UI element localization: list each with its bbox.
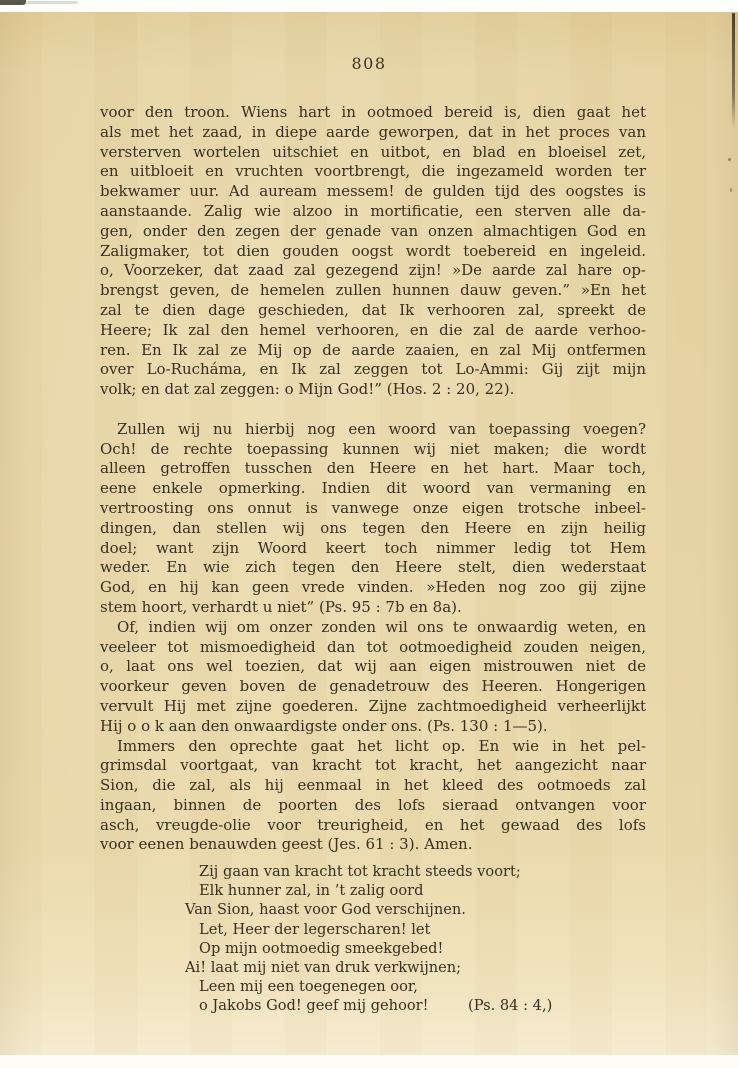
- text-line: veeleer tot mismoedigheid dan tot ootmoe…: [100, 638, 646, 658]
- text-line: vertroosting ons onnut is vanwege onze e…: [100, 499, 646, 519]
- text-line: ingaan, binnen de poorten des lofs siera…: [100, 796, 646, 816]
- text-line: Zaligmaker, tot dien gouden oogst wordt …: [100, 242, 646, 262]
- text-line: over Lo-Rucháma, en Ik zal zeggen tot Lo…: [100, 360, 646, 380]
- text-line: Immers den oprechte gaat het licht op. E…: [100, 737, 646, 757]
- poem-line: Op mijn ootmoedig smeekgebed!: [100, 939, 646, 958]
- body-paragraph: Of, indien wij om onzer zonden wil ons t…: [100, 618, 646, 737]
- text-line: aanstaande. Zalig wie alzoo in mortifica…: [100, 202, 646, 222]
- text-line: o, laat ons wel toezien, dat wij aan eig…: [100, 657, 646, 677]
- text-line: Zullen wij nu hierbij nog een woord van …: [100, 420, 646, 440]
- poem-line: Van Sion, haast voor God verschijnen.: [100, 900, 646, 919]
- text-line: Of, indien wij om onzer zonden wil ons t…: [100, 618, 646, 638]
- text-line: stem hoort, verhardt u niet” (Ps. 95 : 7…: [100, 598, 646, 618]
- text-line: volk; en dat zal zeggen: o Mijn God!” (H…: [100, 380, 646, 400]
- poem-line-text: Zij gaan van kracht tot kracht steeds vo…: [199, 863, 521, 880]
- psalm-reference: (Ps. 84 : 4,): [468, 996, 552, 1015]
- poem-line-text: o Jakobs God! geef mij gehoor!: [199, 997, 428, 1014]
- text-line: Hij o o k aan den onwaardigste onder ons…: [100, 717, 646, 737]
- text-line: doel; want zijn Woord keert toch nimmer …: [100, 539, 646, 559]
- text-line: Heere; Ik zal den hemel verhooren, en di…: [100, 321, 646, 341]
- text-line: Sion, die zal, als hij eenmaal in het kl…: [100, 776, 646, 796]
- scan-artifact-smudge: [26, 1, 78, 4]
- poem-block: Zij gaan van kracht tot kracht steeds vo…: [100, 862, 646, 1016]
- text-line: vervult Hij met zijne goederen. Zijne za…: [100, 697, 646, 717]
- poem-line: Leen mij een toegenegen oor,: [100, 977, 646, 996]
- body-paragraph: voor den troon. Wiens hart in ootmoed be…: [100, 103, 646, 400]
- text-line: weder. En wie zich tegen den Heere stelt…: [100, 558, 646, 578]
- page-number: 808: [0, 54, 738, 73]
- text-line: als met het zaad, in diepe aarde geworpe…: [100, 123, 646, 143]
- text-line: eene enkele opmerking. Indien dit woord …: [100, 479, 646, 499]
- text-line: grimsdal voortgaat, van kracht tot krach…: [100, 756, 646, 776]
- body-text: voor den troon. Wiens hart in ootmoed be…: [100, 103, 646, 855]
- poem-line-text: Let, Heer der legerscharen! let: [199, 921, 430, 938]
- body-paragraph: Zullen wij nu hierbij nog een woord van …: [100, 420, 646, 618]
- text-line: voorkeur geven boven de genadetrouw des …: [100, 677, 646, 697]
- text-line: voor den troon. Wiens hart in ootmoed be…: [100, 103, 646, 123]
- text-line: Och! de rechte toepassing kunnen wij nie…: [100, 440, 646, 460]
- scan-margin-bottom: [0, 1055, 738, 1068]
- scan-speck: [728, 158, 731, 161]
- poem-line-text: Elk hunner zal, in ’t zalig oord: [199, 882, 423, 899]
- text-line: en uitbloeit en vruchten voortbrengt, di…: [100, 162, 646, 182]
- text-line: ren. En Ik zal ze Mij op de aarde zaaien…: [100, 341, 646, 361]
- poem-line-text: Leen mij een toegenegen oor,: [199, 978, 418, 995]
- text-line: dingen, dan stellen wij ons tegen den He…: [100, 519, 646, 539]
- text-line: God, en hij kan geen vrede vinden. »Hede…: [100, 578, 646, 598]
- body-paragraph: Immers den oprechte gaat het licht op. E…: [100, 737, 646, 856]
- text-line: brengst geven, de hemelen zullen hunnen …: [100, 281, 646, 301]
- poem-line-text: Van Sion, haast voor God verschijnen.: [185, 901, 466, 918]
- text-line: zal te dien dage geschieden, dat Ik verh…: [100, 301, 646, 321]
- poem-line-text: Ai! laat mij niet van druk verkwijnen;: [185, 959, 461, 976]
- book-page-scan: 808 voor den troon. Wiens hart in ootmoe…: [0, 0, 738, 1068]
- scan-speck: [730, 188, 732, 192]
- poem-line: o Jakobs God! geef mij gehoor!(Ps. 84 : …: [100, 996, 646, 1015]
- poem-line: Let, Heer der legerscharen! let: [100, 920, 646, 939]
- poem-line: Ai! laat mij niet van druk verkwijnen;: [100, 958, 646, 977]
- poem-line-text: Op mijn ootmoedig smeekgebed!: [199, 940, 443, 957]
- text-line: gen, onder den zegen der genade van onze…: [100, 222, 646, 242]
- text-line: alleen getroffen tusschen den Heere en h…: [100, 459, 646, 479]
- scan-margin-top: [0, 0, 738, 12]
- poem-line: Elk hunner zal, in ’t zalig oord: [100, 881, 646, 900]
- poem-line: Zij gaan van kracht tot kracht steeds vo…: [100, 862, 646, 881]
- text-line: asch, vreugde-olie voor treurigheid, en …: [100, 816, 646, 836]
- text-line: bekwamer uur. Ad auream messem! de gulde…: [100, 182, 646, 202]
- text-line: versterven wortelen uitschiet en uitbot,…: [100, 143, 646, 163]
- text-line: voor eenen benauwden geest (Jes. 61 : 3)…: [100, 835, 646, 855]
- text-line: o, Voorzeker, dat zaad zal gezegend zijn…: [100, 261, 646, 281]
- scan-artifact-smudge: [0, 0, 26, 5]
